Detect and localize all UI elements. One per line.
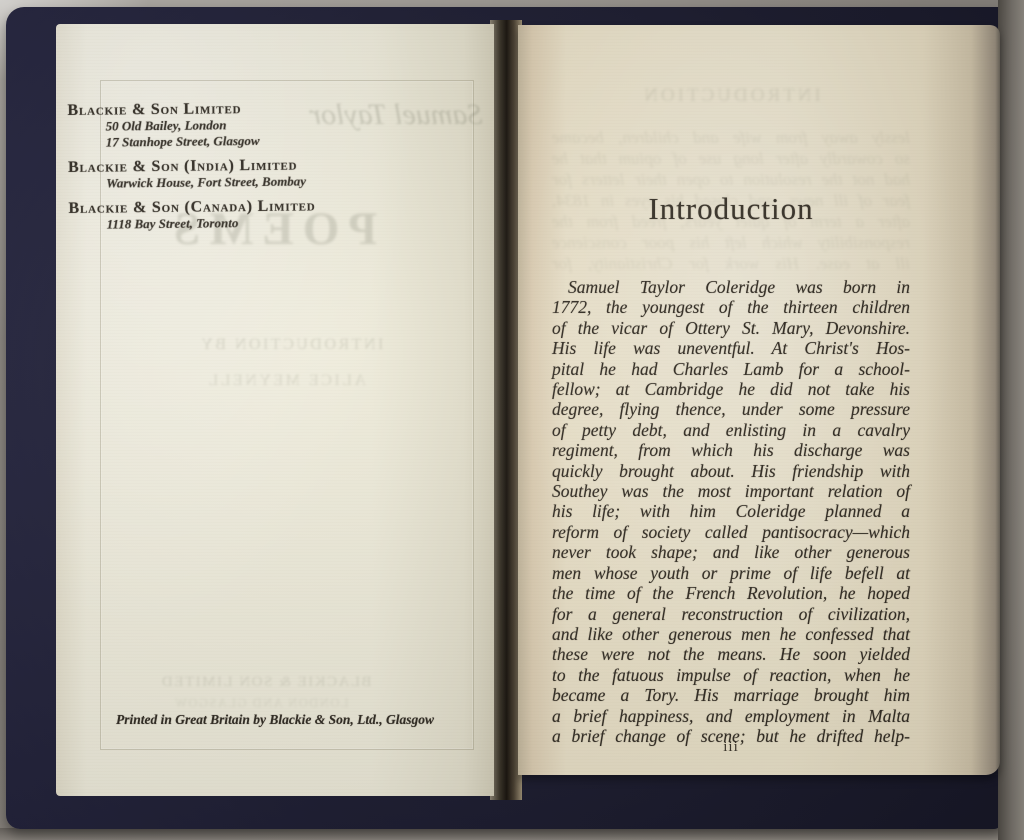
- body-line: these were not the means. He soon yielde…: [552, 644, 910, 664]
- ghost-line: lessly away from wife and children, beca…: [552, 127, 910, 148]
- body-line: the time of the French Revolution, he ho…: [552, 583, 910, 603]
- ghost-line: ill at ease. His work for Christianity, …: [552, 253, 910, 274]
- body-line: men whose youth or prime of life befell …: [552, 563, 910, 583]
- body-line: quickly brought about. His friendship wi…: [552, 461, 910, 481]
- imprint-line: Blackie & Son Limited: [67, 98, 447, 119]
- body-line: His life was uneventful. At Christ's Hos…: [552, 338, 910, 358]
- page-number: iii: [552, 739, 910, 756]
- body-line: never took shape; and like other generou…: [552, 542, 910, 562]
- body-line: Southey was the most important relation …: [552, 481, 910, 501]
- body-line: his life; with him Coleridge planned a: [552, 501, 910, 521]
- imprint-line: Blackie & Son (India) Limited: [68, 155, 448, 176]
- imprint-line: 50 Old Bailey, London: [106, 115, 448, 135]
- ghost-intro-by: INTRODUCTION BY: [151, 336, 431, 354]
- body-line: to the fatuous impulse of reaction, when…: [552, 665, 910, 685]
- body-line: and like other generous men he confessed…: [552, 624, 910, 644]
- body-line: Samuel Taylor Coleridge was born in: [552, 277, 910, 297]
- imprint-line: Blackie & Son (Canada) Limited: [68, 196, 448, 217]
- body-line: pital he had Charles Lamb for a school-: [552, 359, 910, 379]
- ghost-heading: INTRODUCTION: [552, 85, 910, 107]
- embossed-border: [100, 80, 474, 750]
- publisher-imprints: Blackie & Son Limited50 Old Bailey, Lond…: [67, 90, 448, 233]
- printer-credit: Printed in Great Britain by Blackie & So…: [56, 712, 494, 728]
- ghost-title-poems: POEMS: [116, 202, 426, 256]
- body-line: degree, flying thence, under some pressu…: [552, 399, 910, 419]
- background-bottom-shadow: [0, 828, 1024, 840]
- imprint-line: 1118 Bay Street, Toronto: [107, 213, 449, 233]
- body-line: for a general reconstruction of civiliza…: [552, 604, 910, 624]
- chapter-heading: Introduction: [552, 191, 910, 227]
- body-line: reform of society called pantisocracy—wh…: [552, 522, 910, 542]
- ghost-editor-name: ALICE MEYNELL: [146, 372, 426, 390]
- ghost-line: so cowardly after long use of opium that…: [552, 148, 910, 169]
- body-line: regiment, from which his discharge was: [552, 440, 910, 460]
- right-page: INTRODUCTION lessly away from wife and c…: [518, 25, 1000, 775]
- chapter-body: Samuel Taylor Coleridge was born in1772,…: [552, 277, 910, 746]
- imprint-line: Warwick House, Fort Street, Bombay: [106, 172, 448, 192]
- background-right-shadow: [998, 0, 1024, 840]
- body-line: of the vicar of Ottery St. Mary, Devonsh…: [552, 318, 910, 338]
- ghost-publisher-cities: LONDON AND GLASGOW: [96, 696, 426, 711]
- body-line: 1772, the youngest of the thirteen child…: [552, 297, 910, 317]
- body-line: became a Tory. His marriage brought him: [552, 685, 910, 705]
- body-line: a brief happiness, and employment in Mal…: [552, 706, 910, 726]
- left-page: Samuel Taylor POEMS INTRODUCTION BY ALIC…: [56, 24, 494, 796]
- ghost-line: had not the resolution to open their let…: [552, 169, 910, 190]
- ghost-line: responsibility which left his poor consc…: [552, 232, 910, 253]
- body-line: fellow; at Cambridge he did not take his: [552, 379, 910, 399]
- imprint-line: 17 Stanhope Street, Glasgow: [106, 131, 448, 151]
- ghost-publisher-name: BLACKIE & SON LIMITED: [96, 674, 436, 691]
- body-line: of petty debt, and enlisting in a cavalr…: [552, 420, 910, 440]
